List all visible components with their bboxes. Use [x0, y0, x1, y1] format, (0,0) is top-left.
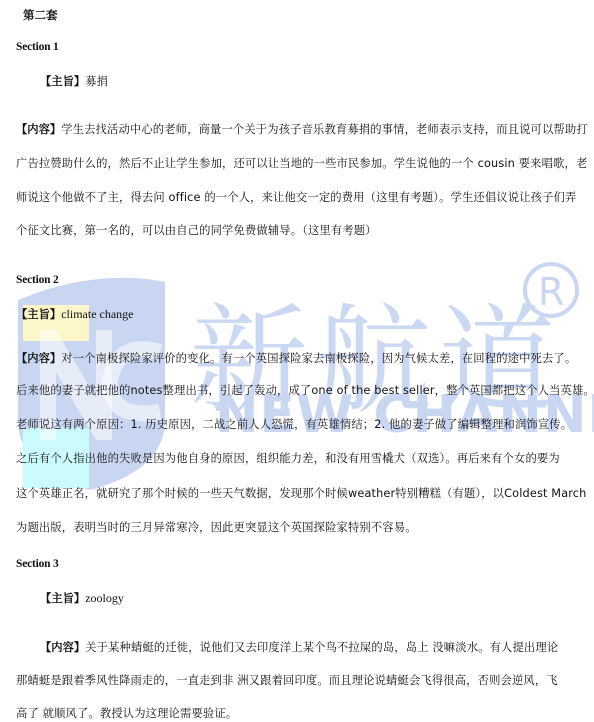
- content-text: 对一个南极探险家评价的变化。有一个英国探险家去南极探险，因为气候太差，在回程的途…: [61, 352, 576, 365]
- section-2-heading: Section 2: [16, 273, 59, 287]
- section-3-content-line-2: 那蜻蜓是跟着季风性降雨走的，一直走到非 洲又跟着回印度。而且理论说蜻蜓会飞得很高…: [16, 674, 558, 688]
- content-text: 学生去找活动中心的老师，商量一个关于为孩子音乐教育募捐的事情，老师表示支持，而且…: [61, 123, 588, 136]
- section-2-content-line-3: 老师说这有两个原因：1. 历史原因，二战之前人人恐慌，有英雄情结；2. 他的妻子…: [16, 418, 572, 432]
- svg-text:R: R: [538, 270, 564, 314]
- theme-text: zoology: [85, 591, 124, 605]
- section-1-content-line-1: 【内容】学生去找活动中心的老师，商量一个关于为孩子音乐教育募捐的事情，老师表示支…: [16, 122, 588, 137]
- content-tag: 【内容】: [16, 123, 61, 136]
- section-2-theme: 【主旨】climate change: [16, 307, 134, 322]
- section-2-content-line-4: 之后有个人指出他的失败是因为他自身的原因，组织能力差，和没有用雪橇犬（双选）。再…: [16, 452, 560, 466]
- registered-mark-icon: R: [525, 264, 577, 316]
- theme-tag: 【主旨】: [40, 75, 85, 88]
- section-1-theme: 【主旨】募捐: [40, 74, 108, 89]
- section-1-heading: Section 1: [16, 40, 59, 54]
- section-1-content-line-2: 广告拉赞助什么的，然后不止让学生参加，还可以让当地的一些市民参加。学生说他的一个…: [16, 157, 587, 171]
- section-3-heading: Section 3: [16, 557, 59, 571]
- theme-text: climate change: [61, 307, 133, 321]
- section-3-theme: 【主旨】zoology: [40, 591, 124, 606]
- theme-tag: 【主旨】: [16, 308, 61, 321]
- theme-tag: 【主旨】: [40, 592, 85, 605]
- section-3-content-line-1: 【内容】关于某种蜻蜓的迁徙，说他们又去印度洋上某个鸟不拉屎的岛，岛上 没嘛淡水。…: [40, 640, 558, 655]
- content-tag: 【内容】: [40, 641, 85, 654]
- section-2-content-line-2: 后来他的妻子就把他的notes整理出书，引起了轰动，成了one of the b…: [16, 384, 594, 398]
- section-3-content-line-3: 高了 就顺风了。教授认为这理论需要验证。: [16, 707, 237, 721]
- content-text: 关于某种蜻蜓的迁徙，说他们又去印度洋上某个鸟不拉屎的岛，岛上 没嘛淡水。有人提出…: [85, 641, 558, 654]
- content-tag: 【内容】: [16, 352, 61, 365]
- section-2-content-line-5: 这个英雄正名，就研究了那个时候的一些天气数据，发现那个时候weather特别糟糕…: [16, 487, 586, 501]
- section-2-content-line-1: 【内容】对一个南极探险家评价的变化。有一个英国探险家去南极探险，因为气候太差，在…: [16, 351, 576, 366]
- section-2-content-line-6: 为题出版，表明当时的三月异常寒冷，因此更突显这个英国探险家特别不容易。: [16, 521, 417, 535]
- document-title: 第二套: [23, 8, 58, 22]
- section-1-content-line-4: 个征文比赛，第一名的，可以由自己的同学免费做辅导。（这里有考题）: [16, 224, 377, 238]
- section-1-content-line-3: 师说这个他做不了主，得去问 office 的一个人，来让他交一定的费用（这里有考…: [16, 191, 576, 205]
- theme-text: 募捐: [85, 75, 108, 88]
